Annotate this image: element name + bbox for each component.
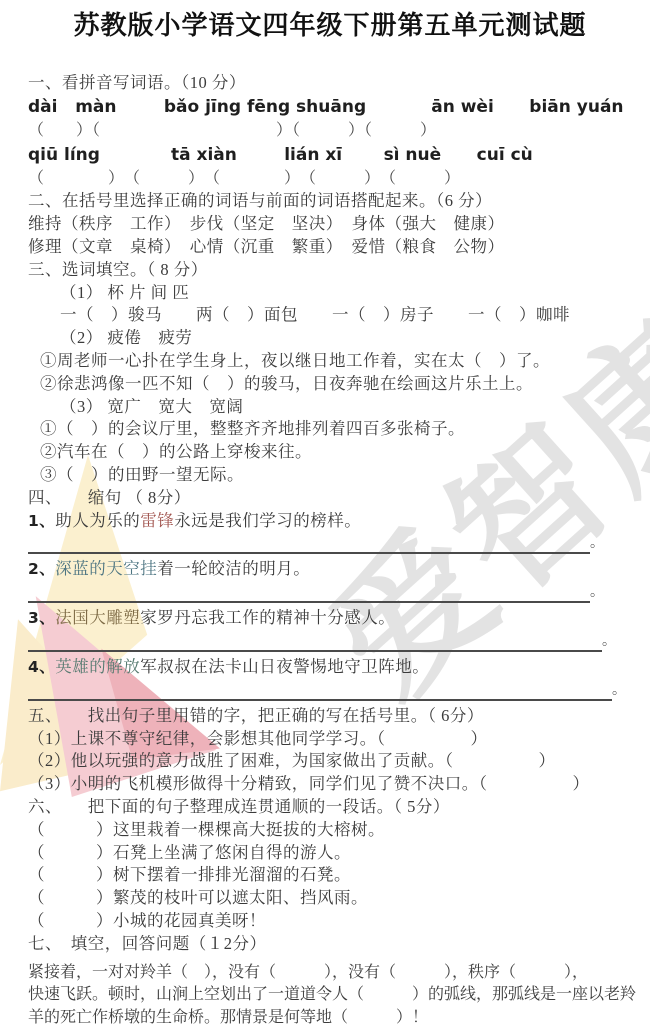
blank-brackets-row-2: （ ） （ ） （ ） （ ） （ ）: [28, 168, 632, 191]
sentence-text: 家罗丹忘我工作的精神十分感人。: [140, 608, 395, 627]
section2-heading: 二、在括号里选择正确的词语与前面的词语搭配起来。（6 分）: [28, 190, 632, 213]
pinyin-row-2: qiū líng tā xiàn lián xī sì nuè cuī cù: [28, 143, 632, 168]
section3-heading: 三、选词填空。（ 8 分）: [28, 259, 632, 282]
sentence-number: 4、: [28, 658, 55, 676]
full-stop-after-line: 。: [612, 683, 626, 698]
full-stop-after-line: 。: [590, 585, 604, 600]
answer-underline: [28, 532, 590, 554]
answer-line-3: 。: [28, 630, 632, 656]
section3-group2-label: （2） 疲倦 疲劳: [28, 327, 632, 350]
abbreviate-sentence-2: 2、深蓝的天空挂着一轮皎洁的明月。: [28, 558, 632, 581]
sentence-number: 1、: [28, 512, 55, 530]
section7-heading: 七、 填空，回答问题（１2分）: [28, 933, 632, 956]
section3-group3-line-3: ③（ ）的田野一望无际。: [28, 464, 632, 487]
sentence-text: 军叔叔在法卡山日夜警惕地守卫阵地。: [140, 657, 429, 676]
highlighted-keyword: 英雄的解放: [55, 657, 140, 676]
pinyin-row-1: dài màn bǎo jīng fēng shuāng ān wèi biān…: [28, 95, 632, 120]
section7-line-1: 紧接着，一对对羚羊（ ），没有（ ），没有（ ），秩序（ ），: [28, 962, 632, 985]
highlighted-keyword: 法国大雕塑: [55, 608, 140, 627]
blank-brackets-row-1: （ ）（ ）（ ）（ ）: [28, 120, 632, 143]
section6-item-1: （ ）这里栽着一棵棵高大挺拔的大榕树。: [28, 819, 632, 842]
section3-group1-label: （1） 杯 片 间 匹: [28, 282, 632, 305]
sentence-text: 永远是我们学习的榜样。: [174, 511, 361, 530]
full-stop-after-line: 。: [590, 536, 604, 551]
section5-line-2: （2）他以玩强的意力战胜了困难，为国家做出了贡献。（ ）: [28, 750, 632, 773]
answer-line-2: 。: [28, 581, 632, 607]
section6-item-5: （ ）小城的花园真美呀！: [28, 910, 632, 933]
section5-line-1: （1）上课不尊守纪律，会影想其他同学学习。（ ）: [28, 728, 632, 751]
sentence-number: 3、: [28, 609, 55, 627]
answer-underline: [28, 630, 602, 652]
section2-line-1: 维持（秩序 工作） 步伐（坚定 坚决） 身体（强大 健康）: [28, 213, 632, 236]
sentence-number: 2、: [28, 560, 55, 578]
section6-item-3: （ ）树下摆着一排排光溜溜的石凳。: [28, 864, 632, 887]
section3-group2-line-2: ②徐悲鸿像一匹不知（ ）的骏马，日夜奔驰在绘画这片乐土上。: [28, 373, 632, 396]
section3-group1-line: 一（ ）骏马 两（ ）面包 一（ ）房子 一（ ）咖啡: [28, 304, 632, 327]
answer-line-1: 。: [28, 532, 632, 558]
highlighted-keyword: 雷锋: [140, 511, 174, 530]
section7-line-2: 快速飞跃。顿时，山涧上空划出了一道道令人（ ）的弧线，那弧线是一座以老羚: [28, 984, 632, 1007]
section6-item-4: （ ）繁茂的枝叶可以遮太阳、挡风雨。: [28, 887, 632, 910]
highlighted-keyword: 深蓝的天空挂: [55, 559, 157, 578]
abbreviate-sentence-1: 1、助人为乐的雷锋永远是我们学习的榜样。: [28, 510, 632, 533]
page-title: 苏教版小学语文四年级下册第五单元测试题: [28, 8, 632, 42]
section3-group2-line-1: ①周老师一心扑在学生身上，夜以继日地工作着，实在太（ ）了。: [28, 350, 632, 373]
section3-group3-line-1: ①（ ）的会议厅里，整整齐齐地排列着四百多张椅子。: [28, 418, 632, 441]
section3-group3-line-2: ②汽车在（ ）的公路上穿梭来往。: [28, 441, 632, 464]
section1-heading: 一、看拼音写词语。（10 分）: [28, 72, 632, 95]
section5-heading: 五、 找出句子里用错的字，把正确的写在括号里。（ 6分）: [28, 705, 632, 728]
answer-line-4: 。: [28, 679, 632, 705]
full-stop-after-line: 。: [602, 634, 616, 649]
abbreviate-sentence-3: 3、法国大雕塑家罗丹忘我工作的精神十分感人。: [28, 607, 632, 630]
paper-content: 苏教版小学语文四年级下册第五单元测试题 一、看拼音写词语。（10 分） dài …: [0, 0, 650, 1027]
section6-item-2: （ ）石凳上坐满了悠闲自得的游人。: [28, 842, 632, 865]
sentence-text: 助人为乐的: [55, 511, 140, 530]
section3-group3-label: （3） 宽广 宽大 宽阔: [28, 396, 632, 419]
sentence-text: 着一轮皎洁的明月。: [157, 559, 310, 578]
section4-heading: 四、 缩句 （ 8分）: [28, 487, 632, 510]
abbreviate-sentence-4: 4、英雄的解放军叔叔在法卡山日夜警惕地守卫阵地。: [28, 656, 632, 679]
test-paper-page: 爱智康 苏教版小学语文四年级下册第五单元测试题 一、看拼音写词语。（10 分） …: [0, 0, 650, 1027]
section5-line-3: （3）小明的飞机模形做得十分精致，同学们见了赞不决口。（ ）: [28, 773, 632, 796]
answer-underline: [28, 679, 612, 701]
answer-underline: [28, 581, 590, 603]
section6-heading: 六、 把下面的句子整理成连贯通顺的一段话。（ 5分）: [28, 796, 632, 819]
section7-line-3: 羊的死亡作桥墩的生命桥。那情景是何等地（ ）！: [28, 1007, 632, 1027]
section2-line-2: 修理（文章 桌椅） 心情（沉重 繁重） 爱惜（粮食 公物）: [28, 236, 632, 259]
